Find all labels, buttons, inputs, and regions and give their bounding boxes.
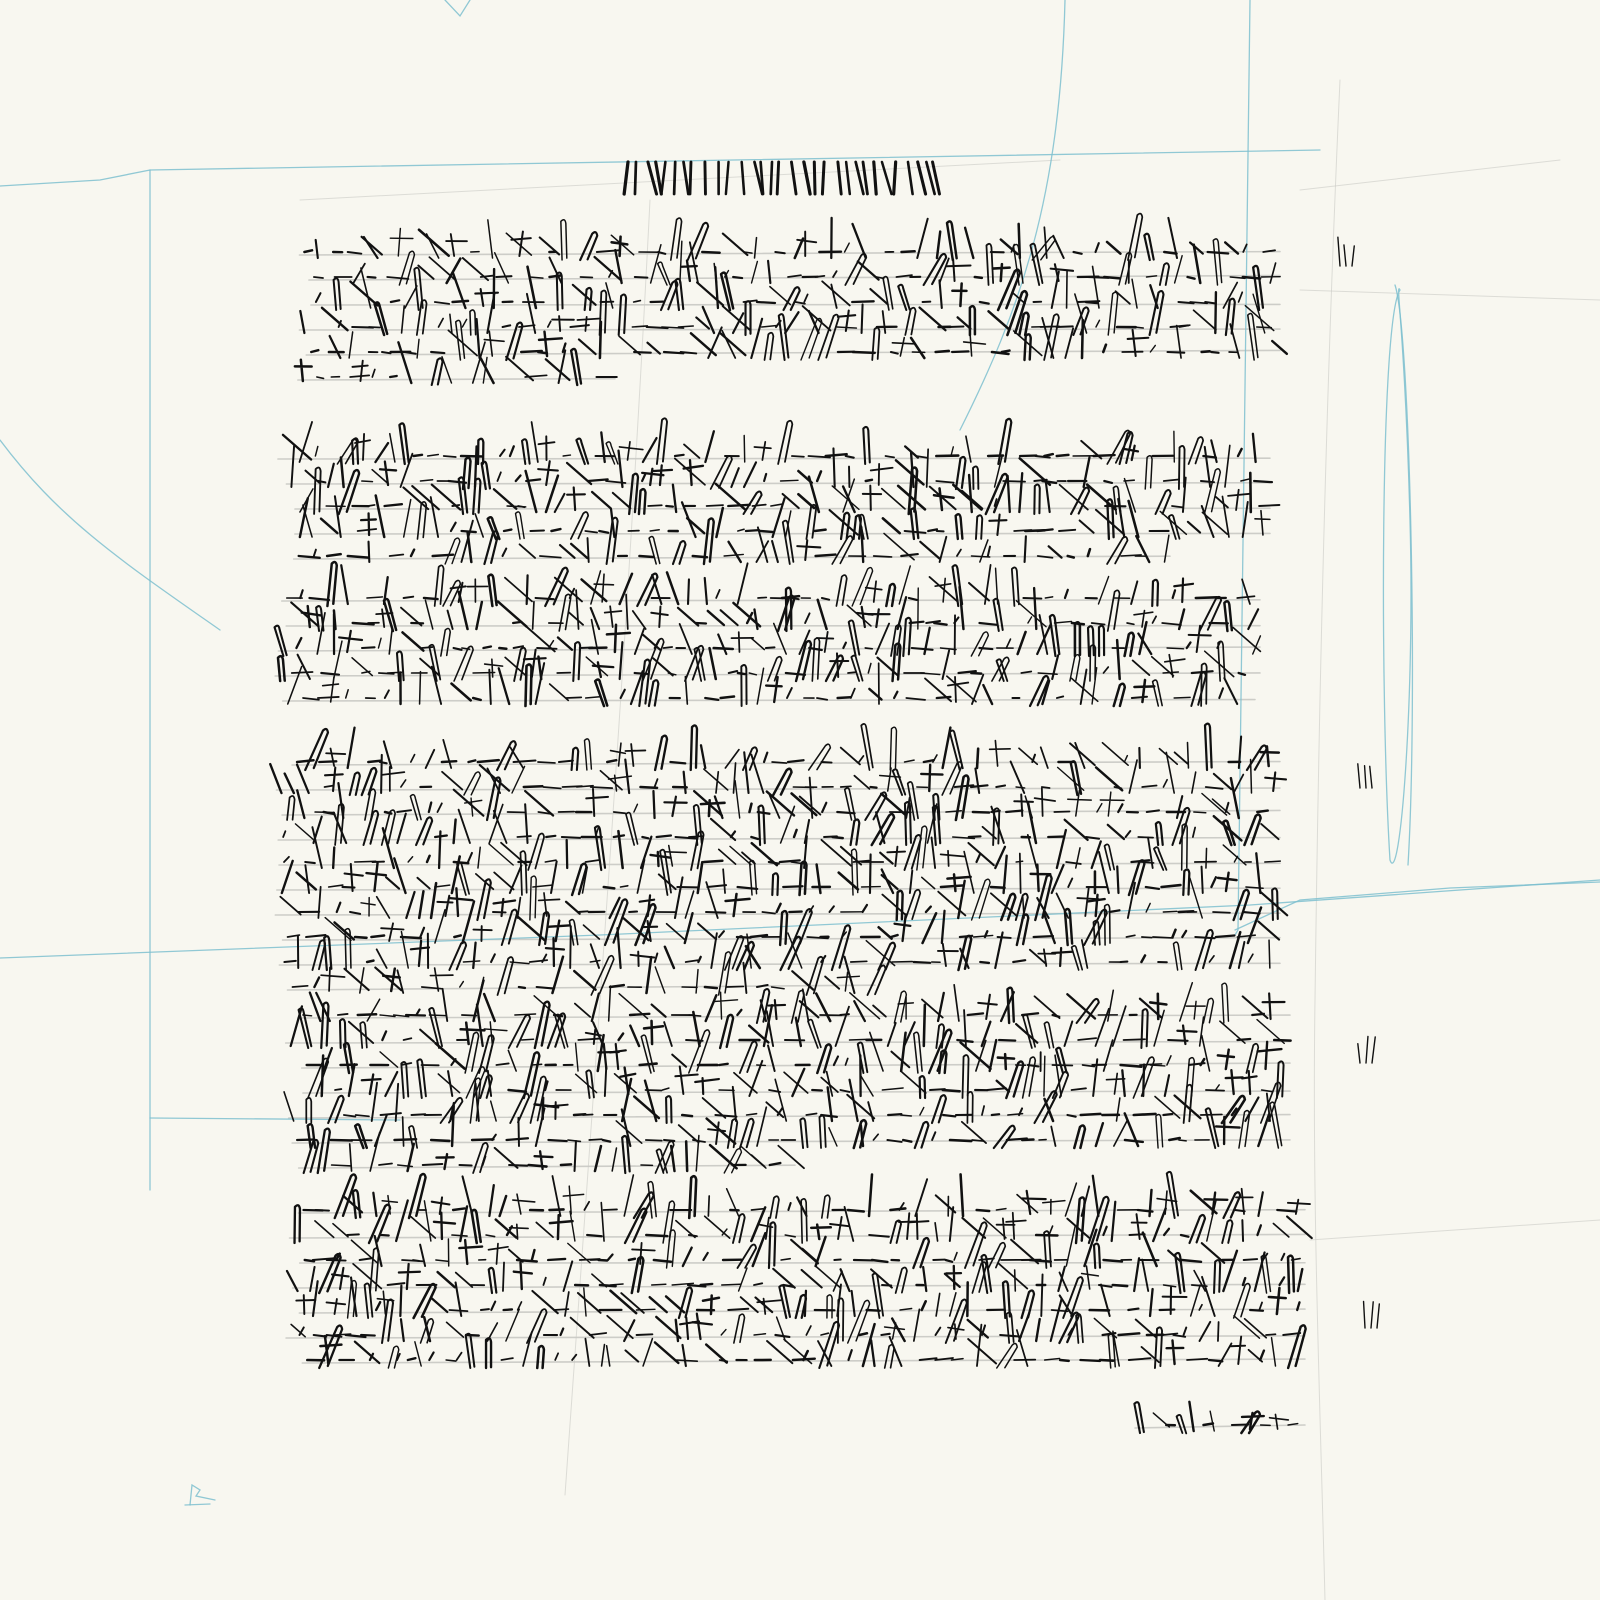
glyph-stroke — [347, 1234, 359, 1235]
glyph-stroke — [381, 755, 382, 793]
glyph-stroke — [567, 840, 568, 868]
glyph-stroke — [496, 276, 511, 277]
glyph-stroke — [518, 506, 524, 507]
glyph-stroke — [996, 785, 1005, 787]
glyph-stroke — [515, 1014, 536, 1015]
glyph-stroke — [1187, 743, 1188, 768]
glyph-stroke — [1196, 597, 1217, 598]
glyph-stroke — [657, 836, 671, 837]
glyph-stroke — [980, 302, 989, 304]
glyph-stroke — [1068, 556, 1074, 558]
glyph-stroke — [664, 647, 673, 648]
glyph-stroke — [546, 836, 555, 837]
glyph-stroke — [452, 1235, 467, 1236]
glyph-stroke — [404, 597, 414, 598]
glyph-stroke — [853, 352, 875, 353]
glyph-stroke — [1163, 672, 1178, 673]
glyph-stroke — [702, 252, 719, 253]
glyph-stroke — [549, 1209, 563, 1210]
glyph-stroke — [1056, 326, 1072, 327]
glyph-stroke — [707, 505, 723, 506]
glyph-stroke — [1257, 811, 1267, 812]
glyph-stroke — [473, 672, 495, 673]
title-glyph — [814, 162, 815, 194]
glyph-stroke — [420, 672, 421, 704]
glyph-stroke — [634, 352, 651, 353]
glyph-stroke — [578, 911, 588, 912]
glyph-stroke — [980, 962, 989, 963]
glyph-stroke — [338, 1014, 348, 1015]
glyph-stroke — [1218, 1322, 1219, 1341]
glyph-stroke — [1265, 861, 1281, 862]
title-glyph — [822, 162, 824, 194]
glyph-stroke — [429, 1015, 445, 1016]
glyph-stroke — [1054, 811, 1069, 812]
glyph-stroke — [449, 1310, 467, 1311]
glyph-stroke — [503, 1263, 504, 1291]
glyph-stroke — [1042, 787, 1050, 788]
glyph-stroke — [862, 304, 863, 333]
glyph-stroke — [431, 1140, 449, 1141]
glyph-stroke — [335, 1089, 341, 1090]
glyph-stroke — [422, 647, 432, 648]
glyph-stroke — [686, 1040, 703, 1041]
glyph-stroke — [1215, 292, 1216, 333]
glyph-stroke — [522, 1039, 534, 1040]
glyph-stroke — [1168, 352, 1185, 353]
glyph-stroke — [604, 887, 615, 888]
glyph-stroke — [369, 542, 370, 562]
glyph-stroke — [591, 787, 613, 788]
glyph-stroke — [1023, 598, 1041, 599]
glyph-stroke — [316, 1210, 329, 1211]
glyph-stroke — [1016, 787, 1025, 788]
glyph-stroke — [331, 1140, 352, 1141]
glyph-stroke — [348, 556, 369, 558]
glyph-stroke — [368, 277, 376, 278]
title-glyph — [674, 162, 675, 194]
glyph-stroke — [950, 1140, 971, 1141]
glyph-stroke — [538, 762, 555, 763]
glyph-stroke — [977, 749, 978, 768]
glyph-stroke — [509, 1165, 527, 1166]
glyph-stroke — [604, 1209, 617, 1210]
glyph-stroke — [519, 987, 525, 988]
glyph-stroke — [1257, 327, 1272, 328]
glyph-stroke — [453, 1208, 464, 1210]
glyph-stroke — [524, 786, 542, 787]
glyph-stroke — [1086, 302, 1098, 303]
glyph-stroke — [781, 480, 798, 481]
glyph-stroke — [1104, 277, 1120, 278]
glyph-stroke — [766, 647, 775, 648]
glyph-stroke — [914, 962, 930, 963]
glyph-stroke — [1134, 327, 1143, 328]
glyph-stroke — [686, 1141, 687, 1171]
glyph-stroke — [1059, 530, 1075, 531]
glyph-stroke — [587, 1235, 602, 1236]
glyph-stroke — [1206, 848, 1207, 868]
glyph-stroke — [1243, 277, 1260, 278]
glyph-stroke — [772, 762, 786, 763]
glyph-stroke — [603, 1140, 611, 1142]
glyph-stroke — [1163, 911, 1177, 912]
glyph-stroke — [1015, 1270, 1016, 1291]
glyph-stroke — [390, 376, 397, 377]
glyph-stroke — [1188, 277, 1195, 279]
glyph-stroke — [792, 456, 804, 457]
glyph-stroke — [688, 579, 689, 604]
glyph-stroke — [758, 597, 766, 598]
glyph-stroke — [362, 481, 373, 482]
glyph-stroke — [775, 252, 784, 253]
glyph-stroke — [653, 791, 654, 818]
glyph-stroke — [874, 556, 892, 557]
title-glyph — [777, 162, 778, 194]
glyph-stroke — [537, 648, 557, 649]
glyph-stroke — [870, 854, 871, 893]
glyph-stroke — [1060, 1360, 1068, 1361]
glyph-stroke — [413, 1260, 419, 1261]
glyph-stroke — [632, 326, 647, 327]
glyph-stroke — [1174, 697, 1190, 698]
glyph-stroke — [704, 861, 722, 862]
glyph-stroke — [769, 862, 779, 864]
glyph-stroke — [1211, 352, 1218, 353]
glyph-stroke — [468, 760, 475, 762]
glyph-stroke — [1121, 1065, 1142, 1067]
glyph-stroke — [1052, 1065, 1072, 1066]
glyph-stroke — [805, 1291, 806, 1316]
glyph-stroke — [733, 277, 742, 278]
glyph-stroke — [355, 937, 366, 938]
glyph-stroke — [423, 1164, 443, 1165]
title-glyph — [635, 162, 636, 194]
glyph-stroke — [481, 1309, 489, 1310]
glyph-stroke — [979, 648, 992, 649]
glyph-stroke — [305, 862, 314, 863]
glyph-stroke — [529, 1165, 547, 1167]
glyph-stroke — [371, 936, 384, 937]
glyph-stroke — [881, 1334, 889, 1335]
glyph-stroke — [361, 1335, 375, 1336]
glyph-stroke — [481, 276, 493, 277]
glyph-stroke — [367, 597, 382, 598]
glyph-stroke — [368, 505, 374, 506]
glyph-stroke — [314, 277, 323, 278]
glyph-stroke — [1266, 1334, 1275, 1335]
glyph-stroke — [322, 1056, 323, 1096]
glyph-stroke — [382, 352, 391, 353]
glyph-stroke — [333, 847, 334, 868]
glyph-stroke — [1044, 1056, 1045, 1096]
glyph-stroke — [937, 697, 951, 698]
glyph-stroke — [1132, 697, 1147, 698]
glyph-stroke — [722, 1284, 741, 1285]
glyph-stroke — [646, 1140, 662, 1141]
glyph-stroke — [977, 1210, 989, 1211]
glyph-stroke — [403, 1117, 404, 1146]
glyph-stroke — [848, 672, 855, 673]
glyph-stroke — [588, 538, 589, 562]
glyph-stroke — [452, 1106, 454, 1146]
glyph-stroke — [454, 935, 460, 937]
glyph-stroke — [1138, 837, 1153, 838]
glyph-stroke — [744, 435, 745, 462]
glyph-stroke — [701, 1284, 713, 1285]
glyph-stroke — [678, 326, 693, 327]
glyph-stroke — [943, 1090, 960, 1091]
glyph-stroke — [635, 277, 648, 278]
glyph-stroke — [1213, 912, 1230, 913]
glyph-stroke — [1081, 1114, 1101, 1115]
glyph-stroke — [318, 481, 325, 482]
glyph-stroke — [1164, 252, 1176, 254]
glyph-stroke — [1119, 1333, 1140, 1335]
glyph-stroke — [903, 1140, 911, 1142]
glyph-stroke — [446, 1360, 456, 1361]
glyph-stroke — [1117, 866, 1118, 893]
glyph-stroke — [394, 1139, 416, 1140]
glyph-stroke — [1274, 1040, 1290, 1041]
glyph-stroke — [975, 277, 982, 278]
glyph-stroke — [369, 327, 380, 328]
glyph-stroke — [530, 530, 544, 531]
glyph-stroke — [652, 1284, 666, 1285]
glyph-stroke — [1204, 1423, 1213, 1425]
glyph-stroke — [1030, 1260, 1051, 1262]
glyph-stroke — [1103, 1260, 1122, 1261]
glyph-stroke — [1208, 252, 1229, 253]
glyph-stroke — [642, 837, 648, 838]
glyph-stroke — [639, 556, 653, 557]
glyph-stroke — [719, 1064, 728, 1065]
glyph-stroke — [860, 1333, 867, 1335]
glyph-stroke — [670, 762, 685, 763]
glyph-stroke — [992, 1114, 999, 1115]
glyph-stroke — [636, 1309, 654, 1310]
glyph-stroke — [1194, 812, 1206, 813]
glyph-stroke — [888, 1114, 901, 1115]
glyph-stroke — [837, 812, 854, 813]
glyph-stroke — [1143, 1065, 1144, 1096]
glyph-stroke — [513, 622, 521, 623]
glyph-stroke — [630, 1014, 649, 1015]
glyph-stroke — [566, 697, 581, 698]
glyph-stroke — [453, 301, 468, 302]
glyph-stroke — [575, 1141, 576, 1171]
glyph-stroke — [561, 1164, 571, 1165]
glyph-stroke — [1244, 1259, 1257, 1260]
glyph-stroke — [332, 1165, 352, 1166]
glyph-stroke — [327, 554, 340, 556]
glyph-stroke — [833, 837, 843, 838]
glyph-stroke — [412, 1114, 426, 1115]
glyph-stroke — [1139, 748, 1140, 768]
glyph-stroke — [924, 1005, 925, 1046]
glyph-stroke — [570, 926, 571, 968]
glyph-stroke — [509, 1090, 526, 1092]
glyph-stroke — [815, 530, 826, 531]
glyph-stroke — [1242, 1220, 1243, 1241]
glyph-stroke — [1034, 936, 1053, 937]
glyph-stroke — [1020, 853, 1021, 893]
glyph-stroke — [1216, 936, 1235, 937]
glyph-stroke — [504, 1309, 512, 1310]
glyph-stroke — [1167, 648, 1184, 649]
glyph-stroke — [599, 1260, 607, 1261]
glyph-stroke — [1163, 1114, 1172, 1115]
glyph-stroke — [431, 352, 444, 353]
glyph-stroke — [1128, 1309, 1138, 1310]
glyph-stroke — [401, 937, 421, 938]
glyph-stroke — [840, 1014, 849, 1015]
glyph-stroke — [536, 598, 554, 599]
glyph-stroke — [757, 302, 775, 303]
glyph-stroke — [838, 697, 851, 698]
glyph-stroke — [499, 648, 506, 649]
glyph-stroke — [934, 623, 946, 625]
title-glyph — [894, 162, 896, 194]
glyph-stroke — [648, 505, 662, 506]
glyph-stroke — [1036, 1235, 1057, 1236]
glyph-stroke — [972, 1140, 984, 1141]
glyph-stroke — [1080, 1360, 1100, 1361]
glyph-stroke — [689, 1235, 697, 1236]
glyph-stroke — [472, 1139, 493, 1140]
glyph-stroke — [1041, 1274, 1042, 1316]
glyph-stroke — [444, 456, 456, 457]
glyph-stroke — [682, 1115, 692, 1116]
glyph-stroke — [1251, 760, 1252, 793]
glyph-stroke — [705, 987, 717, 988]
glyph-stroke — [1252, 1014, 1264, 1015]
glyph-stroke — [902, 251, 915, 252]
glyph-stroke — [380, 1235, 389, 1236]
glyph-stroke — [751, 1209, 762, 1210]
glyph-stroke — [969, 836, 981, 837]
glyph-stroke — [588, 479, 608, 481]
glyph-stroke — [637, 1334, 653, 1335]
glyph-stroke — [433, 555, 453, 556]
glyph-stroke — [780, 860, 800, 862]
glyph-stroke — [559, 761, 573, 762]
glyph-stroke — [548, 1259, 565, 1260]
glyph-stroke — [708, 1196, 709, 1216]
glyph-stroke — [297, 760, 313, 762]
glyph-stroke — [292, 986, 307, 987]
glyph-stroke — [728, 1309, 748, 1310]
glyph-stroke — [414, 455, 422, 456]
glyph-stroke — [304, 250, 312, 252]
glyph-stroke — [1082, 320, 1083, 358]
glyph-stroke — [675, 455, 684, 456]
glyph-stroke — [865, 648, 872, 649]
glyph-stroke — [841, 786, 851, 787]
glyph-stroke — [1006, 810, 1022, 812]
glyph-stroke — [746, 530, 759, 531]
glyph-stroke — [367, 961, 373, 962]
glyph-stroke — [1202, 351, 1210, 352]
glyph-stroke — [901, 1115, 912, 1116]
glyph-stroke — [727, 986, 744, 987]
glyph-stroke — [870, 787, 876, 788]
glyph-stroke — [721, 696, 734, 698]
glyph-stroke — [882, 1285, 891, 1286]
glyph-stroke — [610, 1284, 623, 1285]
glyph-stroke — [815, 276, 824, 277]
glyph-stroke — [821, 762, 831, 763]
glyph-stroke — [952, 351, 968, 352]
glyph-stroke — [1250, 1310, 1263, 1311]
glyph-stroke — [589, 1139, 602, 1140]
glyph-stroke — [999, 1040, 1015, 1041]
glyph-stroke — [358, 1014, 376, 1015]
glyph-stroke — [400, 1286, 401, 1316]
glyph-stroke — [1269, 940, 1270, 968]
glyph-stroke — [1113, 1285, 1127, 1286]
title-glyph — [771, 162, 772, 194]
glyph-stroke — [1179, 1140, 1186, 1141]
glyph-stroke — [1025, 536, 1026, 562]
glyph-stroke — [1100, 1360, 1113, 1361]
glyph-stroke — [368, 761, 380, 762]
glyph-stroke — [614, 812, 625, 813]
glyph-stroke — [971, 673, 981, 674]
glyph-stroke — [1259, 505, 1279, 506]
ruled-baseline — [311, 304, 1280, 305]
title-glyph — [705, 162, 706, 194]
glyph-stroke — [362, 647, 375, 648]
glyph-stroke — [629, 1259, 635, 1260]
glyph-stroke — [548, 1140, 566, 1141]
glyph-stroke — [504, 530, 511, 531]
title-glyph — [690, 162, 691, 194]
glyph-stroke — [318, 697, 339, 698]
glyph-stroke — [1057, 455, 1069, 456]
glyph-stroke — [527, 575, 528, 604]
glyph-stroke — [991, 887, 1005, 888]
glyph-stroke — [666, 506, 673, 507]
glyph-stroke — [760, 531, 772, 532]
glyph-stroke — [600, 322, 601, 358]
glyph-stroke — [466, 1335, 479, 1336]
glyph-stroke — [998, 937, 1011, 938]
glyph-stroke — [562, 837, 580, 838]
glyph-stroke — [973, 812, 989, 813]
glyph-stroke — [583, 1114, 593, 1115]
glyph-stroke — [833, 448, 834, 487]
glyph-stroke — [1153, 937, 1173, 938]
glyph-stroke — [1202, 867, 1203, 893]
glyph-stroke — [517, 836, 530, 837]
glyph-stroke — [1277, 1210, 1296, 1212]
asemic-artwork-canvas — [0, 0, 1600, 1600]
glyph-stroke — [728, 505, 749, 506]
glyph-stroke — [816, 555, 836, 556]
glyph-stroke — [292, 672, 313, 673]
glyph-stroke — [1002, 351, 1010, 352]
glyph-stroke — [851, 961, 867, 962]
glyph-stroke — [1254, 481, 1272, 482]
glyph-stroke — [514, 761, 536, 762]
glyph-stroke — [518, 1118, 519, 1146]
glyph-stroke — [943, 1115, 955, 1116]
glyph-stroke — [890, 1208, 905, 1210]
glyph-stroke — [284, 961, 295, 962]
glyph-stroke — [941, 885, 962, 887]
glyph-stroke — [848, 1210, 864, 1211]
